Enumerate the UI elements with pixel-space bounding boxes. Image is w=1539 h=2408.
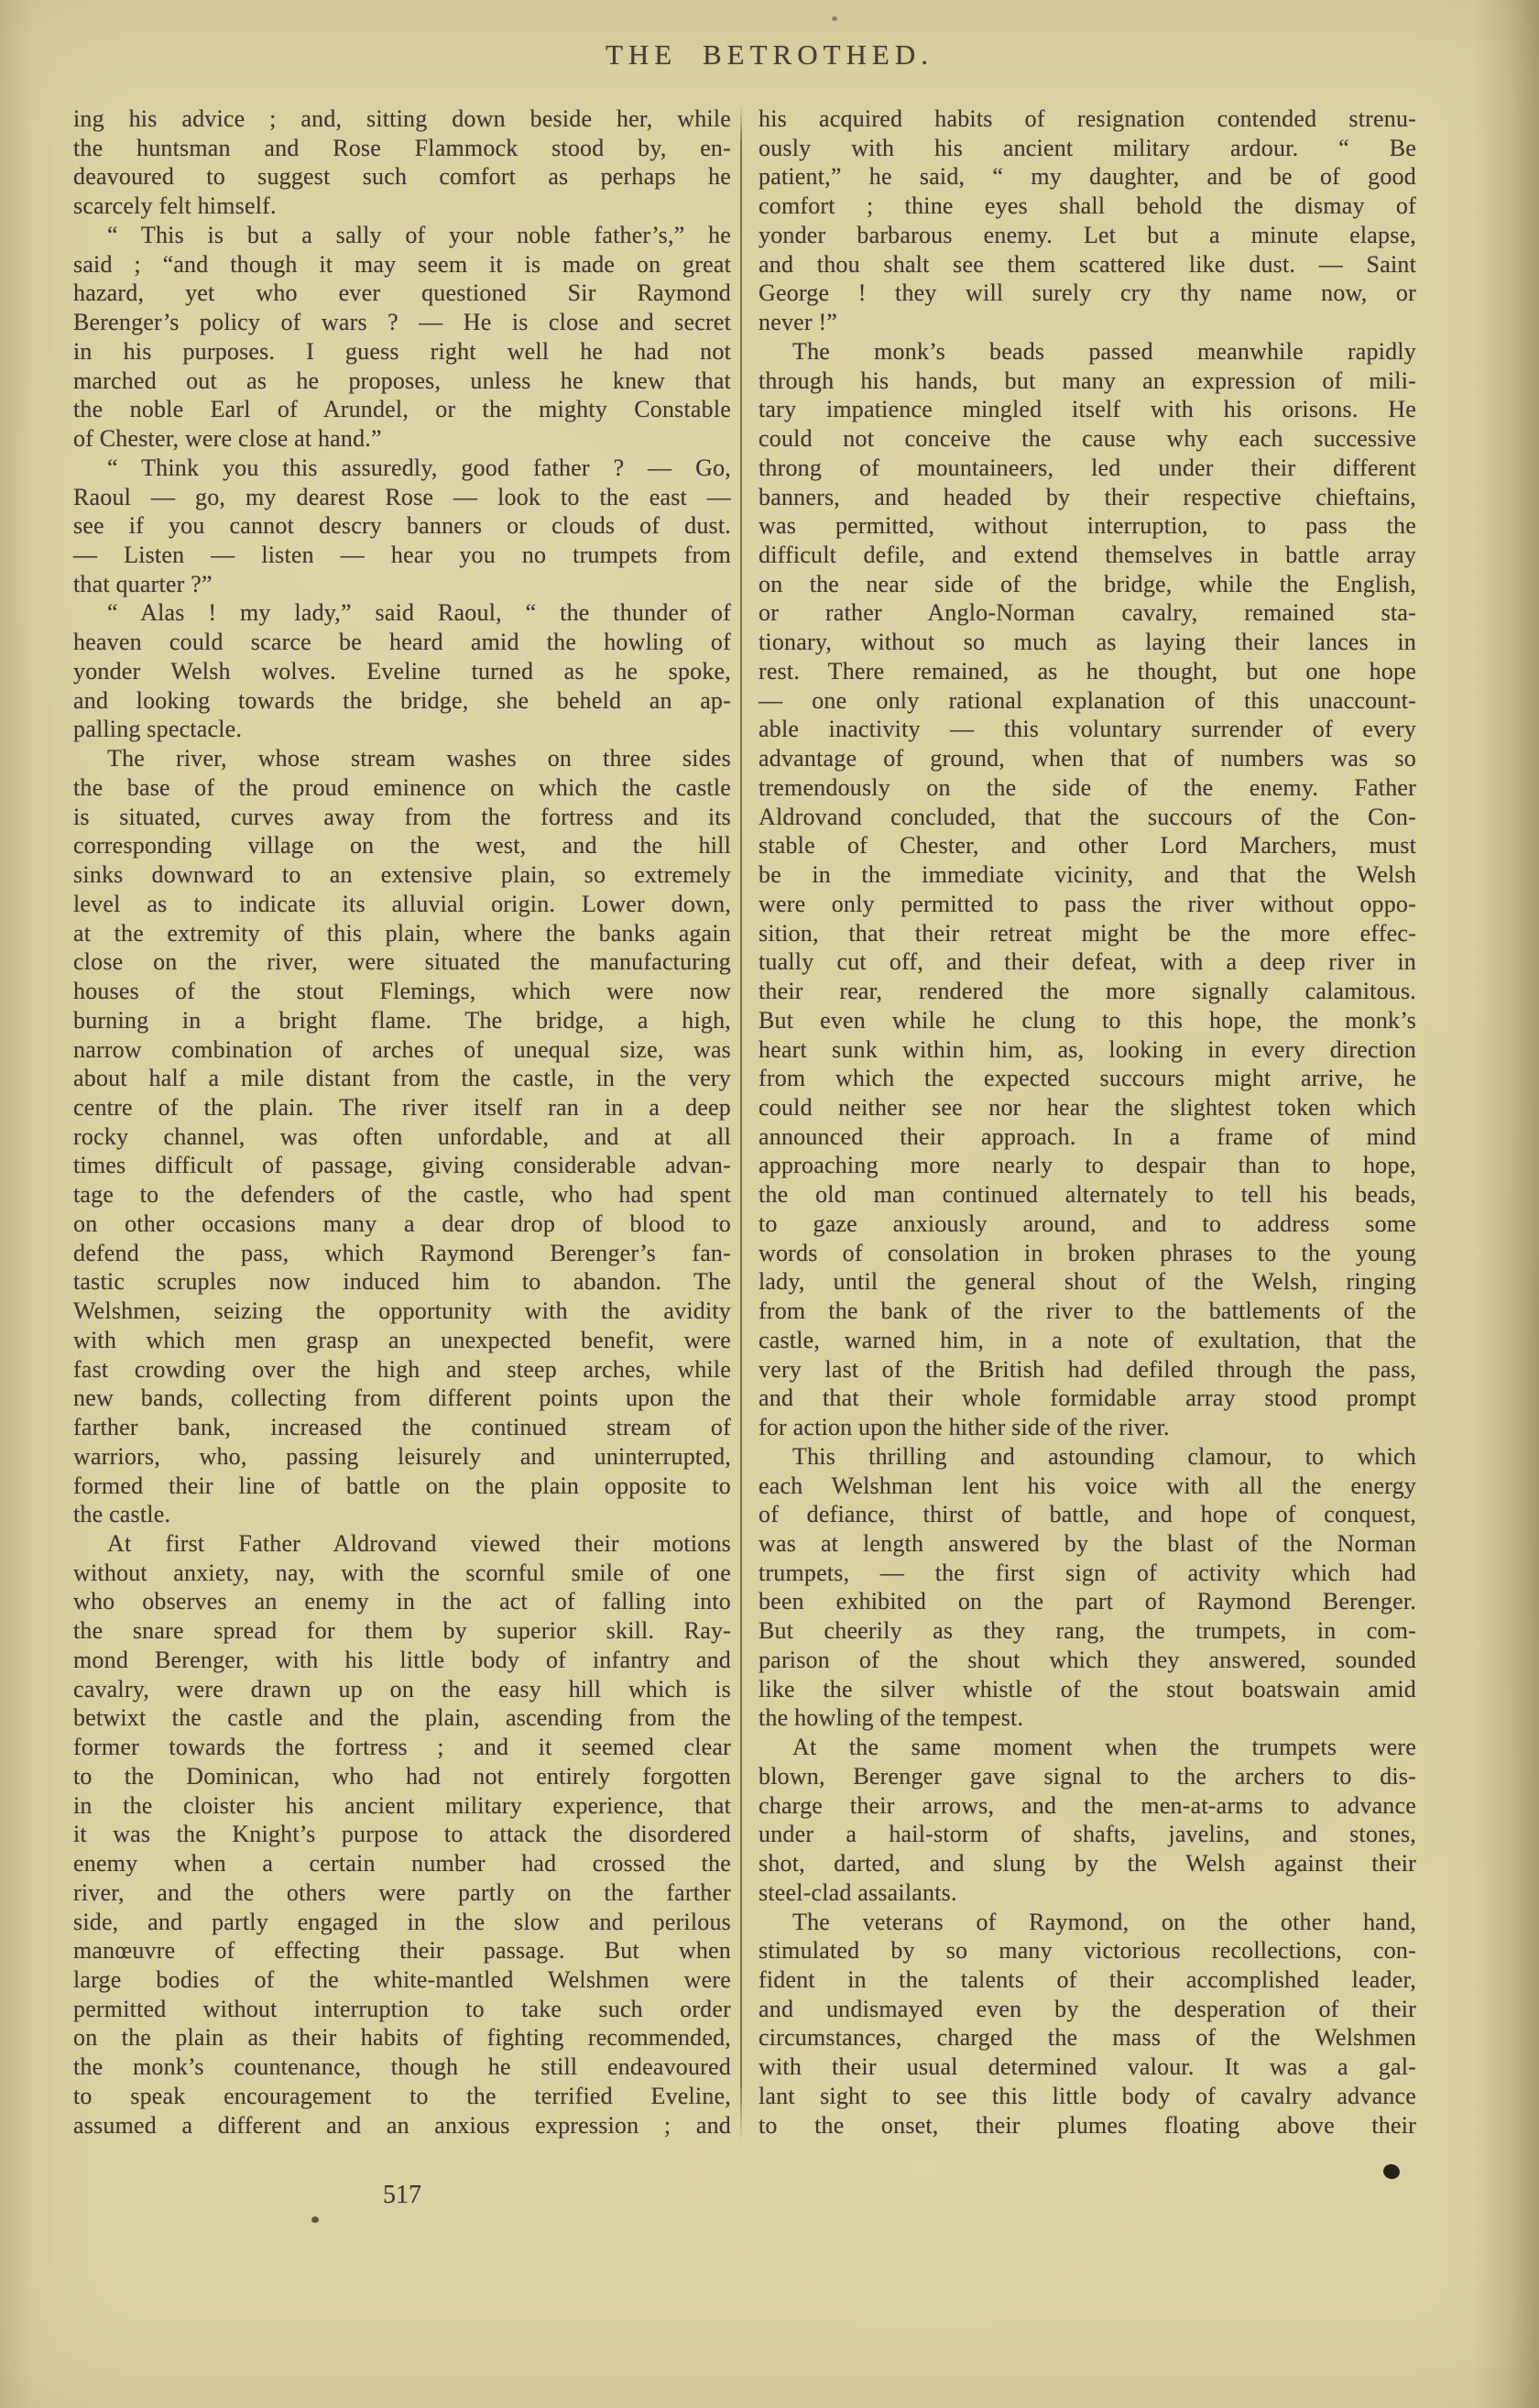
left-column: ing his advice ; and, sitting down besid… xyxy=(73,104,731,2142)
text-line: is situated, curves away from the fortre… xyxy=(73,803,731,832)
text-line: approaching more nearly to despair than … xyxy=(759,1151,1416,1180)
text-line: or rather Anglo-Norman cavalry, remained… xyxy=(759,598,1416,628)
text-line: the monk’s countenance, though he still … xyxy=(73,2052,731,2082)
text-line: throng of mountaineers, led under their … xyxy=(759,454,1416,483)
text-line: cavalry, were drawn up on the easy hill … xyxy=(73,1675,731,1704)
text-line: tually cut off, and their defeat, with a… xyxy=(759,947,1416,977)
text-line: fast crowding over the high and steep ar… xyxy=(73,1355,731,1385)
text-line: charge their arrows, and the men-at-arms… xyxy=(759,1791,1416,1821)
text-line: that quarter ?” xyxy=(73,570,731,599)
text-line: without anxiety, nay, with the scornful … xyxy=(73,1559,731,1588)
text-line: But even while he clung to this hope, th… xyxy=(759,1006,1416,1035)
text-line: was at length answered by the blast of t… xyxy=(759,1529,1416,1559)
text-line: assumed a different and an anxious expre… xyxy=(73,2111,731,2140)
text-line: burning in a bright flame. The bridge, a… xyxy=(73,1006,731,1035)
text-line: the noble Earl of Arundel, or the mighty… xyxy=(73,395,731,424)
text-line: for action upon the hither side of the r… xyxy=(759,1413,1416,1442)
text-line: betwixt the castle and the plain, ascend… xyxy=(73,1703,731,1733)
text-line: houses of the stout Flemings, which were… xyxy=(73,977,731,1006)
text-line: times difficult of passage, giving consi… xyxy=(73,1151,731,1180)
text-line: side, and partly engaged in the slow and… xyxy=(73,1908,731,1937)
text-line: been exhibited on the part of Raymond Be… xyxy=(759,1587,1416,1616)
text-line: river, and the others were partly on the… xyxy=(73,1878,731,1908)
text-line: like the silver whistle of the stout boa… xyxy=(759,1675,1416,1704)
text-line: fident in the talents of their accomplis… xyxy=(759,1965,1416,1995)
text-line: tionary, without so much as laying their… xyxy=(759,628,1416,657)
text-line: on other occasions many a dear drop of b… xyxy=(73,1209,731,1239)
text-line: very last of the British had defiled thr… xyxy=(759,1355,1416,1385)
text-line: “ This is but a sally of your noble fath… xyxy=(73,221,731,250)
text-line: words of consolation in broken phrases t… xyxy=(759,1239,1416,1268)
text-line: George ! they will surely cry thy name n… xyxy=(759,279,1416,308)
text-line: were only permitted to pass the river wi… xyxy=(759,890,1416,919)
text-line: Aldrovand concluded, that the succours o… xyxy=(759,803,1416,832)
text-line: able inactivity — this voluntary surrend… xyxy=(759,715,1416,744)
text-line: large bodies of the white-mantled Welshm… xyxy=(73,1965,731,1995)
paragraph: The monk’s beads passed meanwhile rapidl… xyxy=(759,337,1416,1442)
text-line: and looking towards the bridge, she behe… xyxy=(73,686,731,716)
text-columns: ing his advice ; and, sitting down besid… xyxy=(73,104,1416,2142)
paragraph: At first Father Aldrovand viewed their m… xyxy=(73,1529,731,2140)
text-line: warriors, who, passing leisurely and uni… xyxy=(73,1442,731,1472)
text-line: trumpets, — the first sign of activity w… xyxy=(759,1559,1416,1588)
text-line: tary impatience mingled itself with his … xyxy=(759,395,1416,424)
text-line: sinks downward to an extensive plain, so… xyxy=(73,860,731,890)
text-line: to speak encouragement to the terrified … xyxy=(73,2082,731,2111)
text-line: stable of Chester, and other Lord Marche… xyxy=(759,831,1416,860)
paragraph: his acquired habits of resignation conte… xyxy=(759,104,1416,337)
text-line: and that their whole formidable array st… xyxy=(759,1384,1416,1413)
text-line: The river, whose stream washes on three … xyxy=(73,744,731,773)
text-line: be in the immediate vicinity, and that t… xyxy=(759,860,1416,890)
text-line: to the Dominican, who had not entirely f… xyxy=(73,1762,731,1791)
text-line: tremendously on the side of the enemy. F… xyxy=(759,773,1416,803)
text-line: circumstances, charged the mass of the W… xyxy=(759,2023,1416,2052)
text-line: difficult defile, and extend themselves … xyxy=(759,541,1416,570)
text-line: sition, that their retreat might be the … xyxy=(759,919,1416,948)
text-line: advantage of ground, when that of number… xyxy=(759,744,1416,773)
text-line: patient,” he said, “ my daughter, and be… xyxy=(759,162,1416,192)
text-line: never !” xyxy=(759,308,1416,337)
text-line: comfort ; thine eyes shall behold the di… xyxy=(759,192,1416,221)
text-line: said ; “and though it may seem it is mad… xyxy=(73,250,731,279)
text-line: the snare spread for them by superior sk… xyxy=(73,1616,731,1646)
text-line: on the plain as their habits of fighting… xyxy=(73,2023,731,2052)
text-line: The veterans of Raymond, on the other ha… xyxy=(759,1908,1416,1937)
text-line: parison of the shout which they answered… xyxy=(759,1646,1416,1675)
text-line: yonder barbarous enemy. Let but a minute… xyxy=(759,221,1416,250)
text-line: in the cloister his ancient military exp… xyxy=(73,1791,731,1821)
text-line: enemy when a certain number had crossed … xyxy=(73,1849,731,1878)
text-line: shot, darted, and slung by the Welsh aga… xyxy=(759,1849,1416,1878)
text-line: hazard, yet who ever questioned Sir Raym… xyxy=(73,279,731,308)
text-line: the huntsman and Rose Flammock stood by,… xyxy=(73,134,731,163)
text-line: new bands, collecting from different poi… xyxy=(73,1384,731,1413)
text-line: Welshmen, seizing the opportunity with t… xyxy=(73,1297,731,1326)
text-line: who observes an enemy in the act of fall… xyxy=(73,1587,731,1616)
text-line: announced their approach. In a frame of … xyxy=(759,1122,1416,1152)
text-line: Raoul — go, my dearest Rose — look to th… xyxy=(73,483,731,512)
paragraph: This thrilling and astounding clamour, t… xyxy=(759,1442,1416,1733)
text-line: “ Alas ! my lady,” said Raoul, “ the thu… xyxy=(73,598,731,628)
text-line: tastic scruples now induced him to aband… xyxy=(73,1267,731,1297)
text-line: marched out as he proposes, unless he kn… xyxy=(73,367,731,396)
text-line: castle, warned him, in a note of exultat… xyxy=(759,1326,1416,1355)
text-line: tage to the defenders of the castle, who… xyxy=(73,1180,731,1209)
text-line: At the same moment when the trumpets wer… xyxy=(759,1733,1416,1762)
text-line: scarcely felt himself. xyxy=(73,192,731,221)
text-line: the castle. xyxy=(73,1500,731,1529)
text-line: manœuvre of effecting their passage. But… xyxy=(73,1936,731,1965)
text-line: This thrilling and astounding clamour, t… xyxy=(759,1442,1416,1472)
running-head: THE BETROTHED. xyxy=(0,38,1539,71)
text-line: lant sight to see this little body of ca… xyxy=(759,2082,1416,2111)
text-line: through his hands, but many an expressio… xyxy=(759,367,1416,396)
text-line: At first Father Aldrovand viewed their m… xyxy=(73,1529,731,1559)
text-line: permitted without interruption to take s… xyxy=(73,1995,731,2024)
text-line: and undismayed even by the desperation o… xyxy=(759,1995,1416,2024)
text-line: his acquired habits of resignation conte… xyxy=(759,104,1416,134)
text-line: to gaze anxiously around, and to address… xyxy=(759,1209,1416,1239)
page-edge-shadow-right xyxy=(1475,0,1539,2408)
text-line: mond Berenger, with his little body of i… xyxy=(73,1646,731,1675)
paragraph: ing his advice ; and, sitting down besid… xyxy=(73,104,731,221)
page-number: 517 xyxy=(73,2181,731,2210)
text-line: could neither see nor hear the slightest… xyxy=(759,1093,1416,1122)
text-line: of defiance, thirst of battle, and hope … xyxy=(759,1500,1416,1529)
paragraph: “ Think you this assuredly, good father … xyxy=(73,454,731,599)
text-line: level as to indicate its alluvial origin… xyxy=(73,890,731,919)
text-line: the old man continued alternately to tel… xyxy=(759,1180,1416,1209)
text-line: Berenger’s policy of wars ? — He is clos… xyxy=(73,308,731,337)
text-line: palling spectacle. xyxy=(73,715,731,744)
text-line: — Listen — listen — hear you no trumpets… xyxy=(73,541,731,570)
text-line: from the bank of the river to the battle… xyxy=(759,1297,1416,1326)
text-line: their rear, rendered the more signally c… xyxy=(759,977,1416,1006)
paragraph: “ Alas ! my lady,” said Raoul, “ the thu… xyxy=(73,598,731,744)
text-line: on the near side of the bridge, while th… xyxy=(759,570,1416,599)
text-line: with their usual determined valour. It w… xyxy=(759,2052,1416,2082)
text-line: blown, Berenger gave signal to the arche… xyxy=(759,1762,1416,1791)
text-line: yonder Welsh wolves. Eveline turned as h… xyxy=(73,657,731,686)
text-line: corresponding village on the west, and t… xyxy=(73,831,731,860)
text-line: narrow combination of arches of unequal … xyxy=(73,1035,731,1065)
paragraph: “ This is but a sally of your noble fath… xyxy=(73,221,731,454)
text-line: with which men grasp an unexpected benef… xyxy=(73,1326,731,1355)
column-divider xyxy=(740,104,742,2142)
text-line: steel-clad assailants. xyxy=(759,1878,1416,1908)
text-line: about half a mile distant from the castl… xyxy=(73,1064,731,1093)
text-line: and thou shalt see them scattered like d… xyxy=(759,250,1416,279)
text-line: the base of the proud eminence on which … xyxy=(73,773,731,803)
text-line: ing his advice ; and, sitting down besid… xyxy=(73,104,731,134)
text-line: farther bank, increased the continued st… xyxy=(73,1413,731,1442)
text-line: banners, and headed by their respective … xyxy=(759,483,1416,512)
paper-speck xyxy=(311,2216,319,2223)
text-line: of Chester, were close at hand.” xyxy=(73,424,731,454)
text-line: the howling of the tempest. xyxy=(759,1703,1416,1733)
paragraph: At the same moment when the trumpets wer… xyxy=(759,1733,1416,1907)
text-line: heart sunk within him, as, looking in ev… xyxy=(759,1035,1416,1065)
book-page: THE BETROTHED. ing his advice ; and, sit… xyxy=(0,0,1539,2408)
text-line: formed their line of battle on the plain… xyxy=(73,1472,731,1501)
text-line: defend the pass, which Raymond Berenger’… xyxy=(73,1239,731,1268)
text-line: rocky channel, was often unfordable, and… xyxy=(73,1122,731,1152)
text-line: each Welshman lent his voice with all th… xyxy=(759,1472,1416,1501)
text-line: stimulated by so many victorious recolle… xyxy=(759,1936,1416,1965)
text-line: “ Think you this assuredly, good father … xyxy=(73,454,731,483)
text-line: at the extremity of this plain, where th… xyxy=(73,919,731,948)
text-line: lady, until the general shout of the Wel… xyxy=(759,1267,1416,1297)
page-edge-shadow-left xyxy=(0,0,31,2408)
text-line: see if you cannot descry banners or clou… xyxy=(73,511,731,541)
paragraph: The river, whose stream washes on three … xyxy=(73,744,731,1529)
text-line: in his purposes. I guess right well he h… xyxy=(73,337,731,367)
text-line: deavoured to suggest such comfort as per… xyxy=(73,162,731,192)
text-line: rest. There remained, as he thought, but… xyxy=(759,657,1416,686)
text-line: could not conceive the cause why each su… xyxy=(759,424,1416,454)
text-line: close on the river, were situated the ma… xyxy=(73,947,731,977)
text-line: was permitted, without interruption, to … xyxy=(759,511,1416,541)
right-column: his acquired habits of resignation conte… xyxy=(759,104,1416,2142)
ink-blot xyxy=(1381,2162,1401,2181)
text-line: heaven could scarce be heard amid the ho… xyxy=(73,628,731,657)
text-line: to the onset, their plumes floating abov… xyxy=(759,2111,1416,2140)
text-line: it was the Knight’s purpose to attack th… xyxy=(73,1820,731,1849)
paragraph: The veterans of Raymond, on the other ha… xyxy=(759,1908,1416,2140)
text-line: centre of the plain. The river itself ra… xyxy=(73,1093,731,1122)
text-line: from which the expected succours might a… xyxy=(759,1064,1416,1093)
text-line: The monk’s beads passed meanwhile rapidl… xyxy=(759,337,1416,367)
text-line: — one only rational explanation of this … xyxy=(759,686,1416,716)
text-line: former towards the fortress ; and it see… xyxy=(73,1733,731,1762)
paper-speck xyxy=(832,16,837,21)
text-line: under a hail-storm of shafts, javelins, … xyxy=(759,1820,1416,1849)
text-line: ously with his ancient military ardour. … xyxy=(759,134,1416,163)
text-line: But cheerily as they rang, the trumpets,… xyxy=(759,1616,1416,1646)
